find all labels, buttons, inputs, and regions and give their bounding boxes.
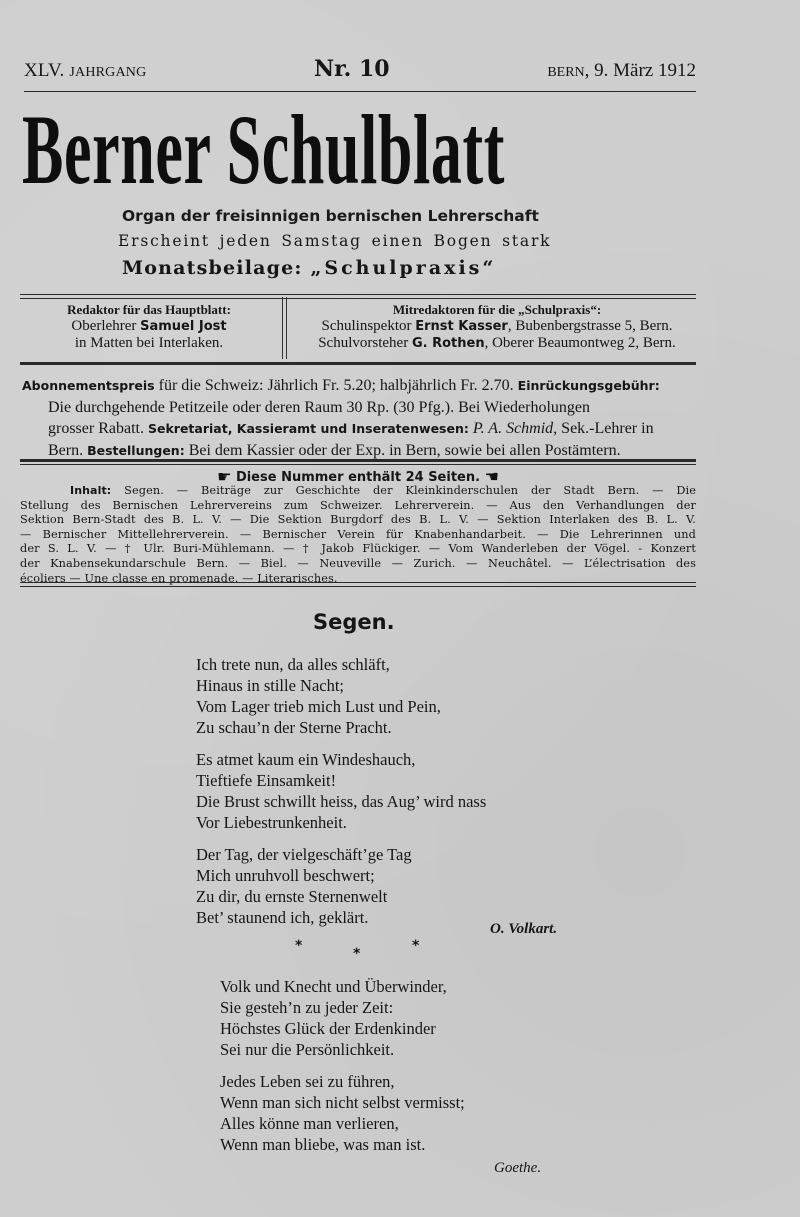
main-editor-title: Oberlehrer bbox=[71, 318, 140, 334]
page-count-text: Diese Nummer enthält 24 Seiten. bbox=[236, 470, 480, 485]
issue-number: Nr. 10 bbox=[314, 56, 390, 82]
main-editor: Redaktor für das Hauptblatt: Oberlehrer … bbox=[20, 301, 278, 352]
masthead-title: Berner Schulblatt bbox=[22, 100, 444, 208]
toc-line: Sektion Bern-Stadt des B. L. V. — Die Se… bbox=[20, 513, 696, 528]
insertion-fee-label: Einrückungsgebühr: bbox=[518, 378, 660, 393]
subscription-bottom-rule bbox=[20, 459, 696, 462]
supplement-editors: Mitredaktoren für die „Schulpraxis“: Sch… bbox=[292, 301, 702, 352]
supplement-name: „Schulpraxis“ bbox=[310, 257, 496, 279]
toc-line-text: Segen. — Beiträge zur Geschichte der Kle… bbox=[111, 484, 696, 497]
issue-header: XLV. Jahrgang Nr. 10 Bern, 9. März 1912 bbox=[24, 58, 696, 82]
supplement-editors-heading: Mitredaktoren für die „Schulpraxis“: bbox=[292, 301, 702, 318]
main-editor-heading: Redaktor für das Hauptblatt: bbox=[20, 301, 278, 318]
subscription-bottom-rule-2 bbox=[20, 464, 696, 465]
subscription-line-3: grosser Rabatt. Sekretariat, Kassieramt … bbox=[22, 418, 698, 440]
poem-author: Goethe. bbox=[494, 1160, 541, 1177]
verse-line: Hinaus in stille Nacht; bbox=[196, 675, 486, 696]
supplement-label: Monatsbeilage: bbox=[122, 257, 303, 279]
verse-line: Wenn man sich nicht selbst vermisst; bbox=[220, 1092, 465, 1113]
editor2-name: G. Rothen bbox=[412, 336, 485, 351]
toc-line: der S. L. V. — † Ulr. Buri-Mühlemann. — … bbox=[20, 542, 696, 557]
subscription-line-4: Bern. Bestellungen: Bei dem Kassier oder… bbox=[22, 440, 698, 462]
verse-line: Vom Lager trieb mich Lust und Pein, bbox=[196, 696, 486, 717]
editors-divider bbox=[282, 297, 287, 359]
header-rule bbox=[24, 91, 696, 92]
supplement-editor-2: Schulvorsteher G. Rothen, Oberer Beaumon… bbox=[292, 335, 702, 352]
poem-author: O. Volkart. bbox=[490, 921, 557, 938]
table-of-contents: Inhalt: Segen. — Beiträge zur Geschichte… bbox=[20, 484, 696, 586]
subscription-price-label: Abonnementspreis bbox=[22, 378, 155, 393]
verse-line: Zu dir, du ernste Sternenwelt bbox=[196, 886, 486, 907]
orders-text: Bei dem Kassier oder der Exp. in Bern, s… bbox=[185, 442, 621, 459]
verse-line: Wenn man bliebe, was man ist. bbox=[220, 1134, 465, 1155]
secretariat-role: Sek.-Lehrer in bbox=[557, 420, 653, 437]
verse-line: Alles könne man verlieren, bbox=[220, 1113, 465, 1134]
secretariat-name: P. A. Schmid, bbox=[469, 420, 557, 437]
editors-top-rule bbox=[20, 294, 696, 295]
verse-line: Volk und Knecht und Überwinder, bbox=[220, 976, 465, 997]
editors-bottom-rule bbox=[20, 362, 696, 365]
subscription-line-2: Die durchgehende Petitzeile oder deren R… bbox=[22, 397, 698, 419]
newspaper-page: XLV. Jahrgang Nr. 10 Bern, 9. März 1912 … bbox=[0, 0, 800, 1217]
verse-line: Der Tag, der vielgeschäft’ge Tag bbox=[196, 844, 486, 865]
toc-line: écoliers — Une classe en promenade. — Li… bbox=[20, 572, 696, 587]
stanza: Der Tag, der vielgeschäft’ge Tag Mich un… bbox=[196, 844, 486, 928]
verse-line: Mich unruhvoll beschwert; bbox=[196, 865, 486, 886]
verse-line: Höchstes Glück der Erdenkinder bbox=[220, 1018, 465, 1039]
main-editor-line2: in Matten bei Interlaken. bbox=[20, 335, 278, 352]
poem-goethe: Volk und Knecht und Überwinder, Sie gest… bbox=[220, 976, 465, 1166]
orders-label: Bestellungen: bbox=[87, 443, 185, 458]
secretariat-label: Sekretariat, Kassieramt und Inseratenwes… bbox=[148, 421, 469, 436]
supplement-editor-1: Schulinspektor Ernst Kasser, Bubenbergst… bbox=[292, 318, 702, 335]
date: , 9. März 1912 bbox=[585, 60, 696, 81]
stanza: Ich trete nun, da alles schläft, Hinaus … bbox=[196, 654, 486, 738]
verse-line: Sei nur die Persönlichkeit. bbox=[220, 1039, 465, 1060]
asterism-star: * bbox=[295, 938, 302, 954]
place-date: Bern, 9. März 1912 bbox=[547, 60, 696, 82]
verse-line: Ich trete nun, da alles schläft, bbox=[196, 654, 486, 675]
masthead-supplement: Monatsbeilage: „Schulpraxis“ bbox=[122, 257, 496, 279]
verse-line: Jedes Leben sei zu führen, bbox=[220, 1071, 465, 1092]
editor2-title: Schulvorsteher bbox=[318, 335, 412, 351]
verse-line: Sie gesteh’n zu jeder Zeit: bbox=[220, 997, 465, 1018]
subscription-line-1: Abonnementspreis für die Schweiz: Jährli… bbox=[22, 375, 698, 397]
toc-label: Inhalt: bbox=[70, 484, 111, 497]
subscription-price: für die Schweiz: Jährlich Fr. 5.20; halb… bbox=[155, 377, 518, 394]
editor2-address: , Oberer Beaumontweg 2, Bern. bbox=[485, 335, 676, 351]
editors-box: Redaktor für das Hauptblatt: Oberlehrer … bbox=[20, 297, 696, 359]
verse-line: Bet’ staunend ich, geklärt. bbox=[196, 907, 486, 928]
toc-line: der Knabensekundarschule Bern. — Biel. —… bbox=[20, 557, 696, 572]
editor1-title: Schulinspektor bbox=[321, 318, 415, 334]
verse-line: Vor Liebestrunkenheit. bbox=[196, 812, 486, 833]
editor1-address: , Bubenbergstrasse 5, Bern. bbox=[508, 318, 673, 334]
subscription-info: Abonnementspreis für die Schweiz: Jährli… bbox=[22, 375, 698, 461]
poem-title: Segen. bbox=[313, 610, 395, 634]
place: Bern bbox=[547, 65, 584, 80]
contents-bottom-rule-2 bbox=[20, 586, 696, 587]
toc-line: Stellung des Bernischen Lehrervereins zu… bbox=[20, 499, 696, 514]
editor1-name: Ernst Kasser bbox=[415, 319, 508, 334]
bern-text: Bern. bbox=[48, 442, 87, 459]
asterism-star: * bbox=[353, 946, 360, 962]
volume-roman: XLV. bbox=[24, 60, 64, 81]
main-editor-line1: Oberlehrer Samuel Jost bbox=[20, 318, 278, 335]
stanza: Volk und Knecht und Überwinder, Sie gest… bbox=[220, 976, 465, 1060]
toc-line: Inhalt: Segen. — Beiträge zur Geschichte… bbox=[20, 484, 696, 499]
volume-word: Jahrgang bbox=[69, 65, 146, 80]
stanza: Es atmet kaum ein Windeshauch, Tieftiefe… bbox=[196, 749, 486, 833]
volume-label: XLV. Jahrgang bbox=[24, 60, 146, 82]
masthead-frequency: Erscheint jeden Samstag einen Bogen star… bbox=[118, 232, 551, 250]
verse-line: Tieftiefe Einsamkeit! bbox=[196, 770, 486, 791]
verse-line: Es atmet kaum ein Windeshauch, bbox=[196, 749, 486, 770]
main-editor-name: Samuel Jost bbox=[140, 319, 226, 334]
verse-line: Zu schau’n der Sterne Pracht. bbox=[196, 717, 486, 738]
verse-line: Die Brust schwillt heiss, das Aug’ wird … bbox=[196, 791, 486, 812]
toc-line: — Bernischer Mittellehrerverein. — Berni… bbox=[20, 528, 696, 543]
masthead-subtitle: Organ der freisinnigen bernischen Lehrer… bbox=[122, 207, 539, 225]
discount-text: grosser Rabatt. bbox=[48, 420, 148, 437]
stanza: Jedes Leben sei zu führen, Wenn man sich… bbox=[220, 1071, 465, 1155]
poem-segen: Ich trete nun, da alles schläft, Hinaus … bbox=[196, 654, 486, 939]
asterism-star: * bbox=[412, 938, 419, 954]
contents-bottom-rule bbox=[20, 582, 696, 583]
